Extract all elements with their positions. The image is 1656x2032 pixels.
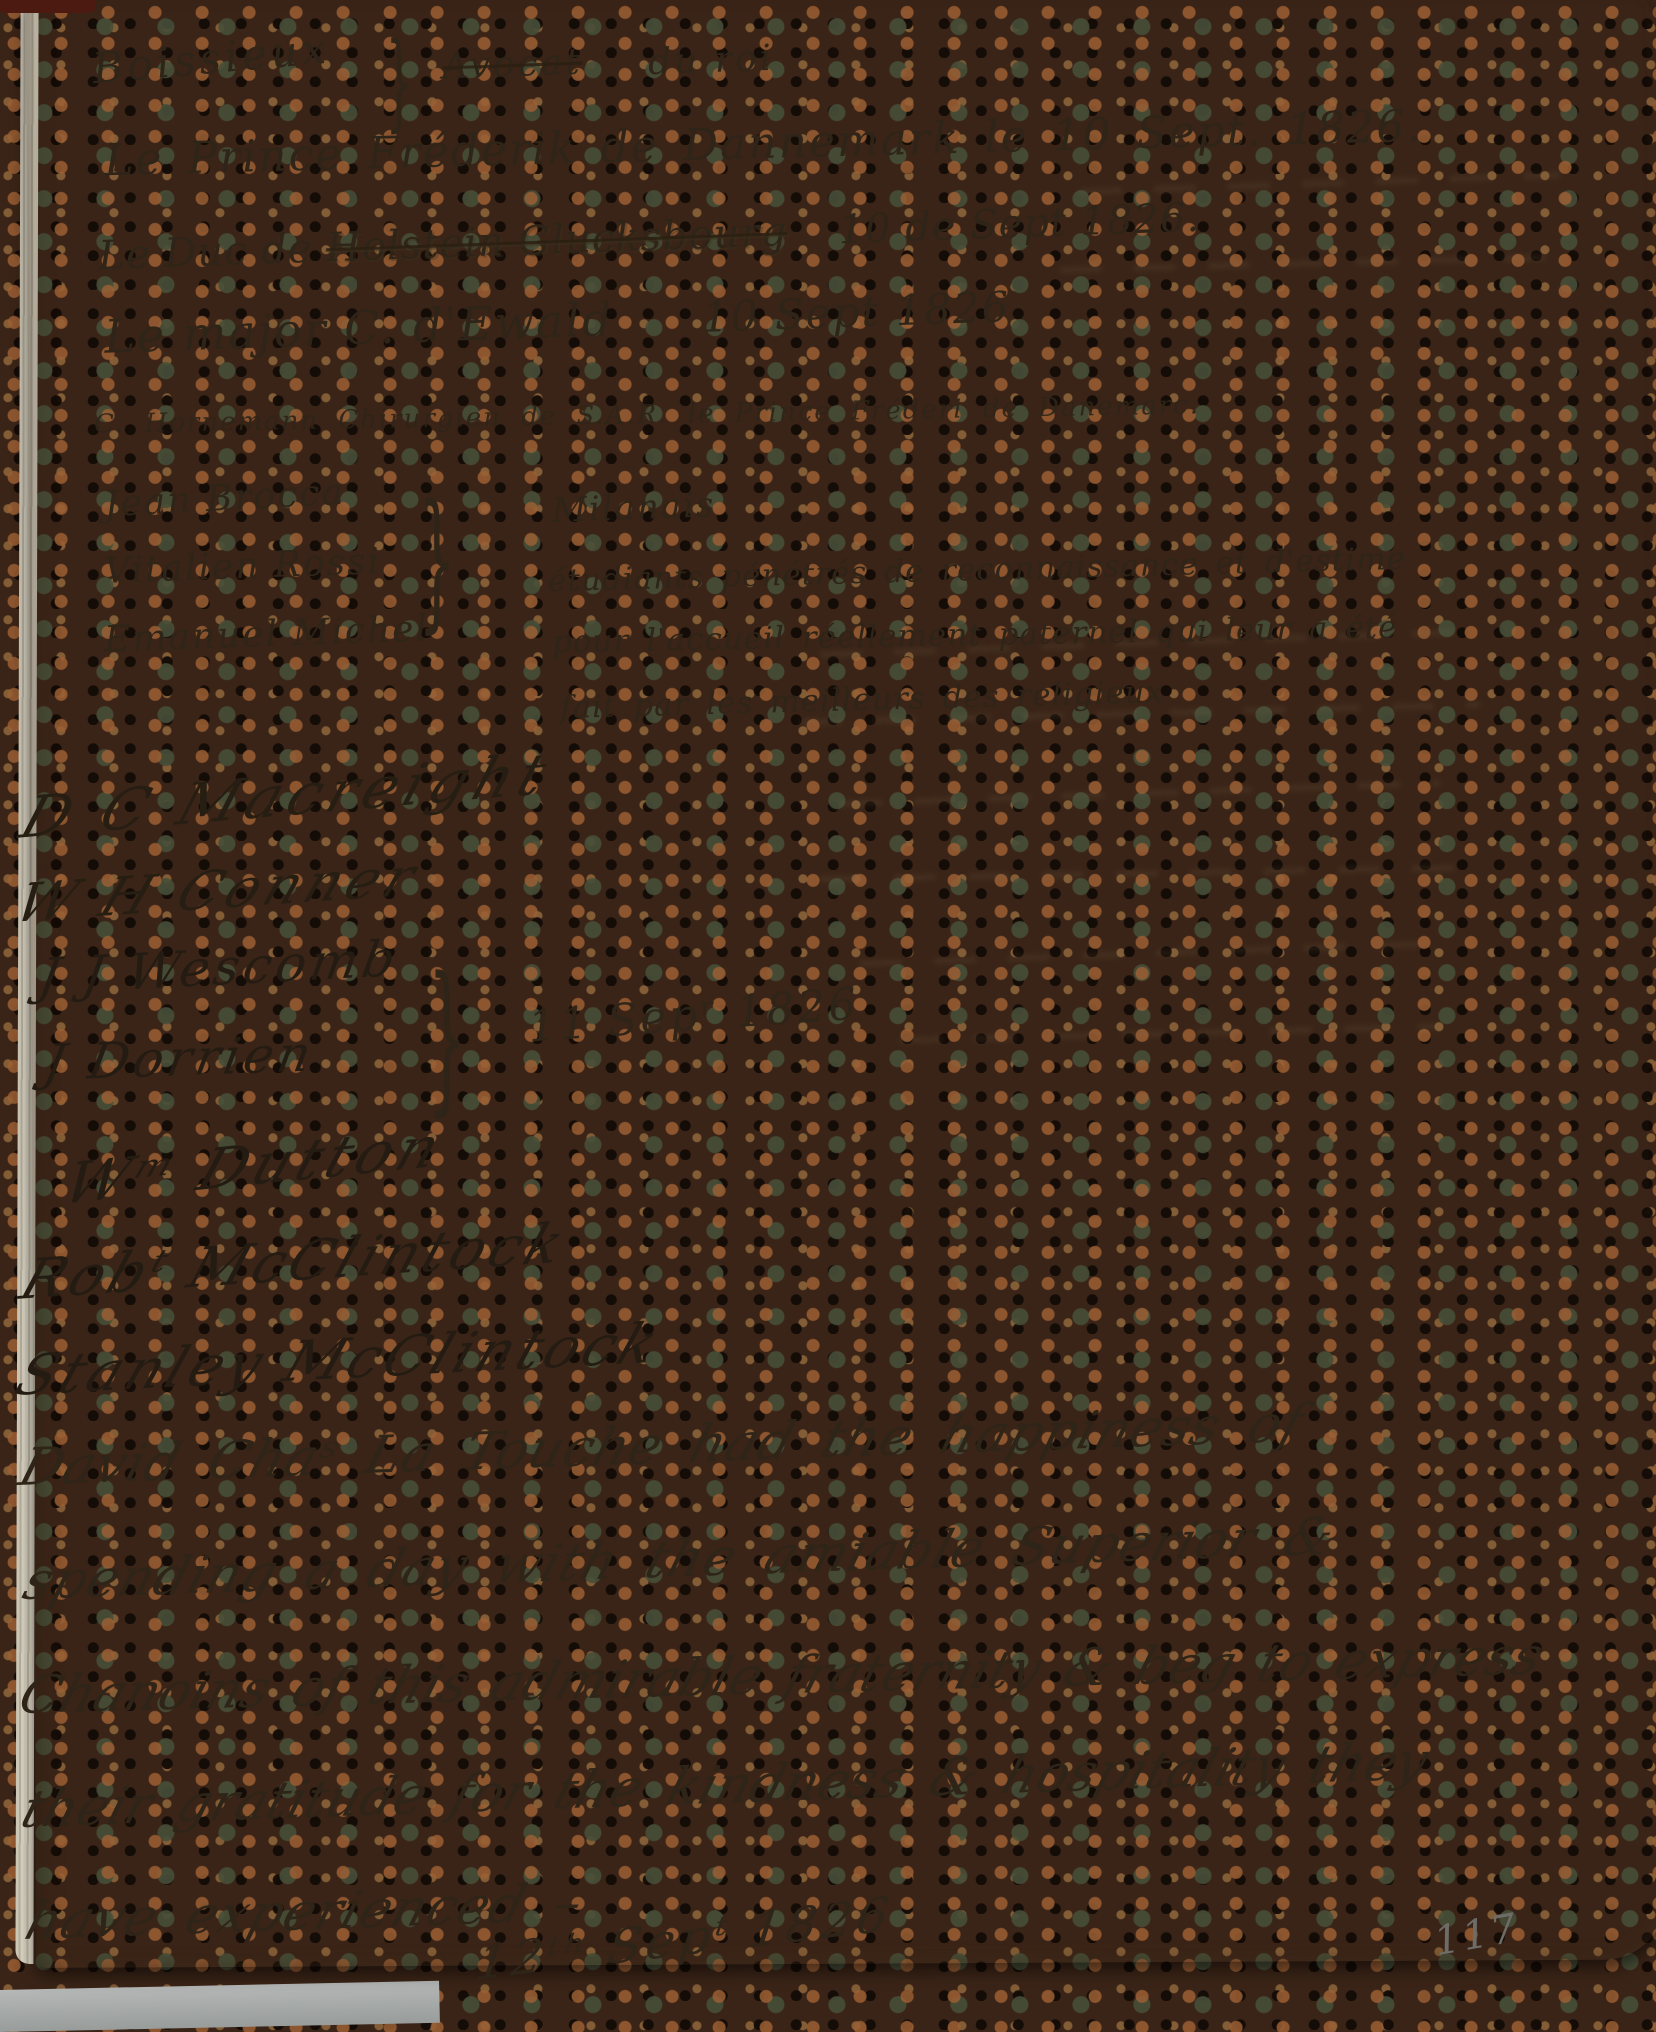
- milanese-note-line-1: Milanais: [551, 485, 716, 531]
- cover-edge-mark: [0, 0, 96, 13]
- curly-brace-mark: }: [428, 944, 466, 1133]
- annotation-du-roi: du roi: [647, 38, 774, 83]
- manuscript-page: Boissieux } Avocat du roi Le Prince Fréd…: [0, 0, 1656, 2032]
- curly-brace-mark: }: [418, 474, 456, 649]
- curly-brace-mark: }: [386, 20, 413, 143]
- duc-prefix: Le Duc de: [98, 226, 314, 279]
- signature-dorrien: J Dorrien: [40, 1025, 320, 1092]
- struck-word-avocat: Avocat: [441, 42, 583, 88]
- major-date: 10 Sept 1826: [701, 282, 1011, 342]
- table-surface-corner: [0, 1981, 440, 2032]
